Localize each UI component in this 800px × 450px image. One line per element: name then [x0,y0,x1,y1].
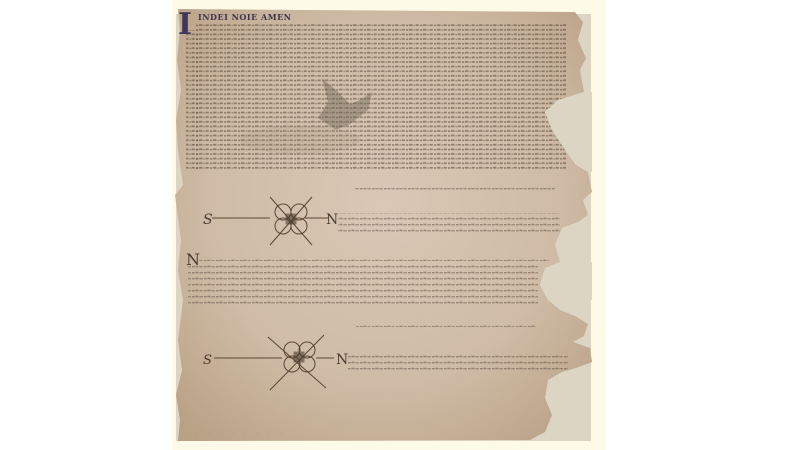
svg-text:S: S [203,353,212,368]
manuscript-image: S N N S N [0,0,800,450]
document-viewer: S N N S N I INDEI NOIE AMEN [0,0,800,450]
svg-text:N: N [326,212,338,228]
incipit-heading: INDEI NOIE AMEN [198,12,292,22]
svg-text:S: S [203,212,213,228]
decorated-initial: I [178,10,192,40]
svg-text:N: N [336,352,348,368]
